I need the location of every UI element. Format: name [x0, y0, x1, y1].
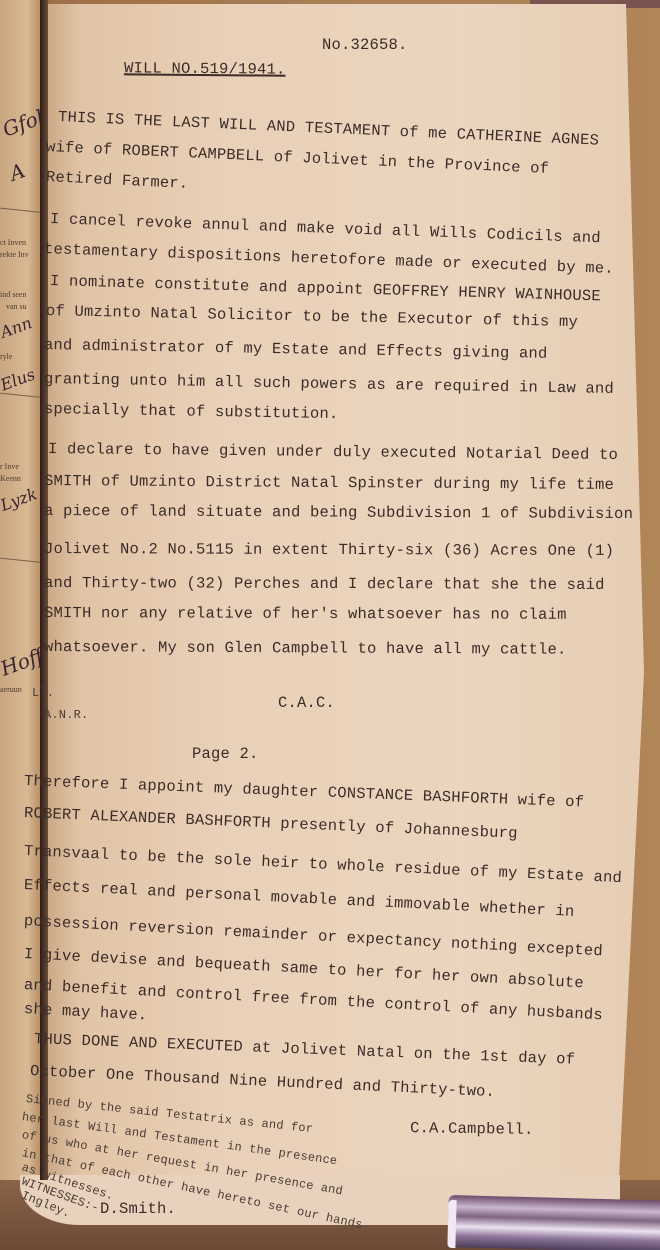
- page-fragment: r Inve: [0, 462, 19, 471]
- will-number-heading: WILL NO.519/1941.: [124, 59, 286, 78]
- handwritten-scribble: A: [6, 158, 28, 185]
- initials-mark: Ll.: [32, 686, 54, 700]
- body-line: and Thirty-two (32) Perches and I declar…: [44, 574, 605, 594]
- pen: [447, 1195, 660, 1250]
- initials-testatrix: C.A.C.: [278, 694, 335, 712]
- page-fragment: van su: [6, 302, 27, 311]
- handwritten-scribble: Elus: [0, 365, 37, 395]
- body-line: Jolivet No.2 No.5115 in extent Thirty-si…: [44, 540, 614, 560]
- page-fragment: Keenn: [0, 474, 21, 483]
- handwritten-scribble: Ann: [0, 313, 34, 342]
- page-label: Page 2.: [192, 745, 259, 763]
- body-line: whatsoever. My son Glen Campbell to have…: [44, 638, 567, 659]
- witness-signature: D.Smith.: [100, 1200, 176, 1218]
- page-fragment: ryle: [0, 352, 12, 361]
- page-fragment: rekte Inv: [0, 250, 29, 259]
- handwritten-scribble: Lyzk: [0, 484, 40, 515]
- testatrix-signature: C.A.Campbell.: [410, 1119, 534, 1139]
- initials-witness: A.N.R.: [44, 708, 88, 722]
- page-fragment: aeruun: [0, 685, 22, 694]
- page-fragment: ct Inven: [0, 238, 26, 247]
- reference-number: No.32658.: [322, 36, 408, 54]
- page-fragment: ind seen: [0, 290, 26, 299]
- body-line: a piece of land situate and being Subdiv…: [44, 502, 633, 523]
- body-line: SMITH nor any relative of her's whatsoev…: [44, 604, 567, 624]
- pen-cap: [447, 1200, 456, 1248]
